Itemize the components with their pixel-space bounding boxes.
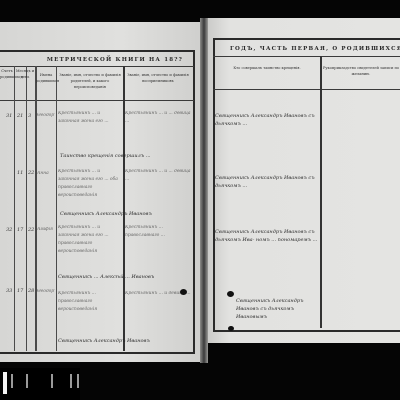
- entry-3-note: Священникъ ... Алексѣй ... Ивановъ: [58, 273, 190, 281]
- entry-4-name: Ѳеодоръ: [37, 288, 55, 296]
- ruler-tick: [77, 374, 79, 388]
- left-col-divider-2: [26, 66, 27, 351]
- entry-3-godparents: Крестьянинъ ... православнаго ...: [125, 224, 191, 266]
- left-col-divider-4: [36, 66, 37, 351]
- entry-1-godparents: Крестьянинъ ... и ... девица ...: [125, 110, 191, 140]
- ruler-tick: [51, 374, 53, 388]
- entry-4-godparents: Крестьянинъ ... и девица ...: [125, 290, 191, 330]
- scan-ruler-strip: [0, 368, 80, 400]
- col-header-baptized-by: Кто совершалъ таинство крещенiя.: [215, 65, 319, 71]
- entry-4-parents: Крестьянинъ ... православнаго вероиспове…: [58, 290, 122, 330]
- right-col-divider: [320, 56, 322, 328]
- ink-blot-right: [227, 291, 234, 297]
- col-header-month-day: Месяцъ и день: [14, 68, 36, 80]
- entry-3-num-b: 17: [17, 227, 23, 233]
- entry-2-num-c: 22: [28, 170, 34, 176]
- entry-2-num-b: 11: [17, 170, 23, 176]
- left-header-rule: [0, 66, 194, 67]
- entry-1-parents: Крестьянинъ ... и законная жена его ...: [58, 110, 122, 144]
- right-entry-2: Священникъ Александръ Ивановъ съ дьячком…: [215, 174, 319, 192]
- ruler-tick: [70, 374, 72, 388]
- entry-4-num-c: 28: [28, 288, 34, 294]
- entry-4-num-a: 33: [6, 288, 12, 294]
- entry-1-num-a: 31: [6, 113, 12, 119]
- left-col-divider-1: [14, 66, 15, 351]
- entry-4-num-b: 17: [17, 288, 23, 294]
- ruler-tick: [3, 372, 7, 394]
- right-header-rule: [213, 56, 400, 57]
- entry-2-name: Анна: [37, 170, 55, 178]
- col-header-count: Счетъ родившихся: [0, 68, 14, 80]
- right-entry-4: Священникъ Александръ Ивановъ съ дьячком…: [236, 297, 320, 323]
- book-spine: [200, 18, 208, 363]
- col-header-names: Имена родившихся: [36, 72, 56, 84]
- entry-1-num-c: 3: [28, 113, 31, 119]
- col-header-godparents: Званiе, имя, отчество и фамилiя восприем…: [124, 72, 192, 84]
- entry-3-num-c: 22: [28, 227, 34, 233]
- entry-1-num-b: 21: [17, 113, 23, 119]
- right-entry-3: Священникъ Александръ Ивановъ съ дьячком…: [215, 228, 319, 254]
- entry-1-name: Ѳеодоръ: [37, 112, 55, 120]
- entry-3-name: Агафiя: [37, 226, 55, 234]
- right-header-bottom-rule: [213, 89, 400, 90]
- left-page-title: МЕТРИЧЕСКОЙ КНИГИ НА 18??: [40, 57, 190, 63]
- ruler-tick: [26, 374, 28, 388]
- right-page-title: ГОДЪ, ЧАСТЬ ПЕРВАЯ, О РОДИВШИХСЯ.: [230, 46, 400, 52]
- col-header-witness-signatures: Рукоприкладство свидетелей записи по жел…: [322, 65, 400, 77]
- entry-1-note: Таинство крещенiя совершилъ ...: [60, 152, 180, 160]
- entry-3-num-a: 32: [6, 227, 12, 233]
- col-header-parents: Званiе, имя, отчество и фамилiя родителе…: [57, 72, 123, 90]
- ruler-tick: [11, 374, 13, 388]
- entry-2-godparents: Крестьянинъ ... и ... девица ...: [125, 168, 191, 202]
- right-entry-1: Священникъ Александръ Ивановъ съ дьячком…: [215, 112, 319, 130]
- ink-blot-bottom: [228, 326, 234, 331]
- left-col-divider-5: [56, 66, 57, 351]
- entry-2-parents: Крестьянинъ ... и законная жена его ... …: [58, 168, 122, 202]
- entry-4-note: Священникъ Александръ Ивановъ: [58, 337, 188, 345]
- entry-2-note: Священникъ Александръ Ивановъ: [60, 210, 180, 218]
- left-header-bottom-rule: [0, 100, 194, 101]
- entry-3-parents: Крестьянинъ ... и законная жена его ... …: [58, 224, 122, 266]
- ink-blot-left: [180, 289, 187, 295]
